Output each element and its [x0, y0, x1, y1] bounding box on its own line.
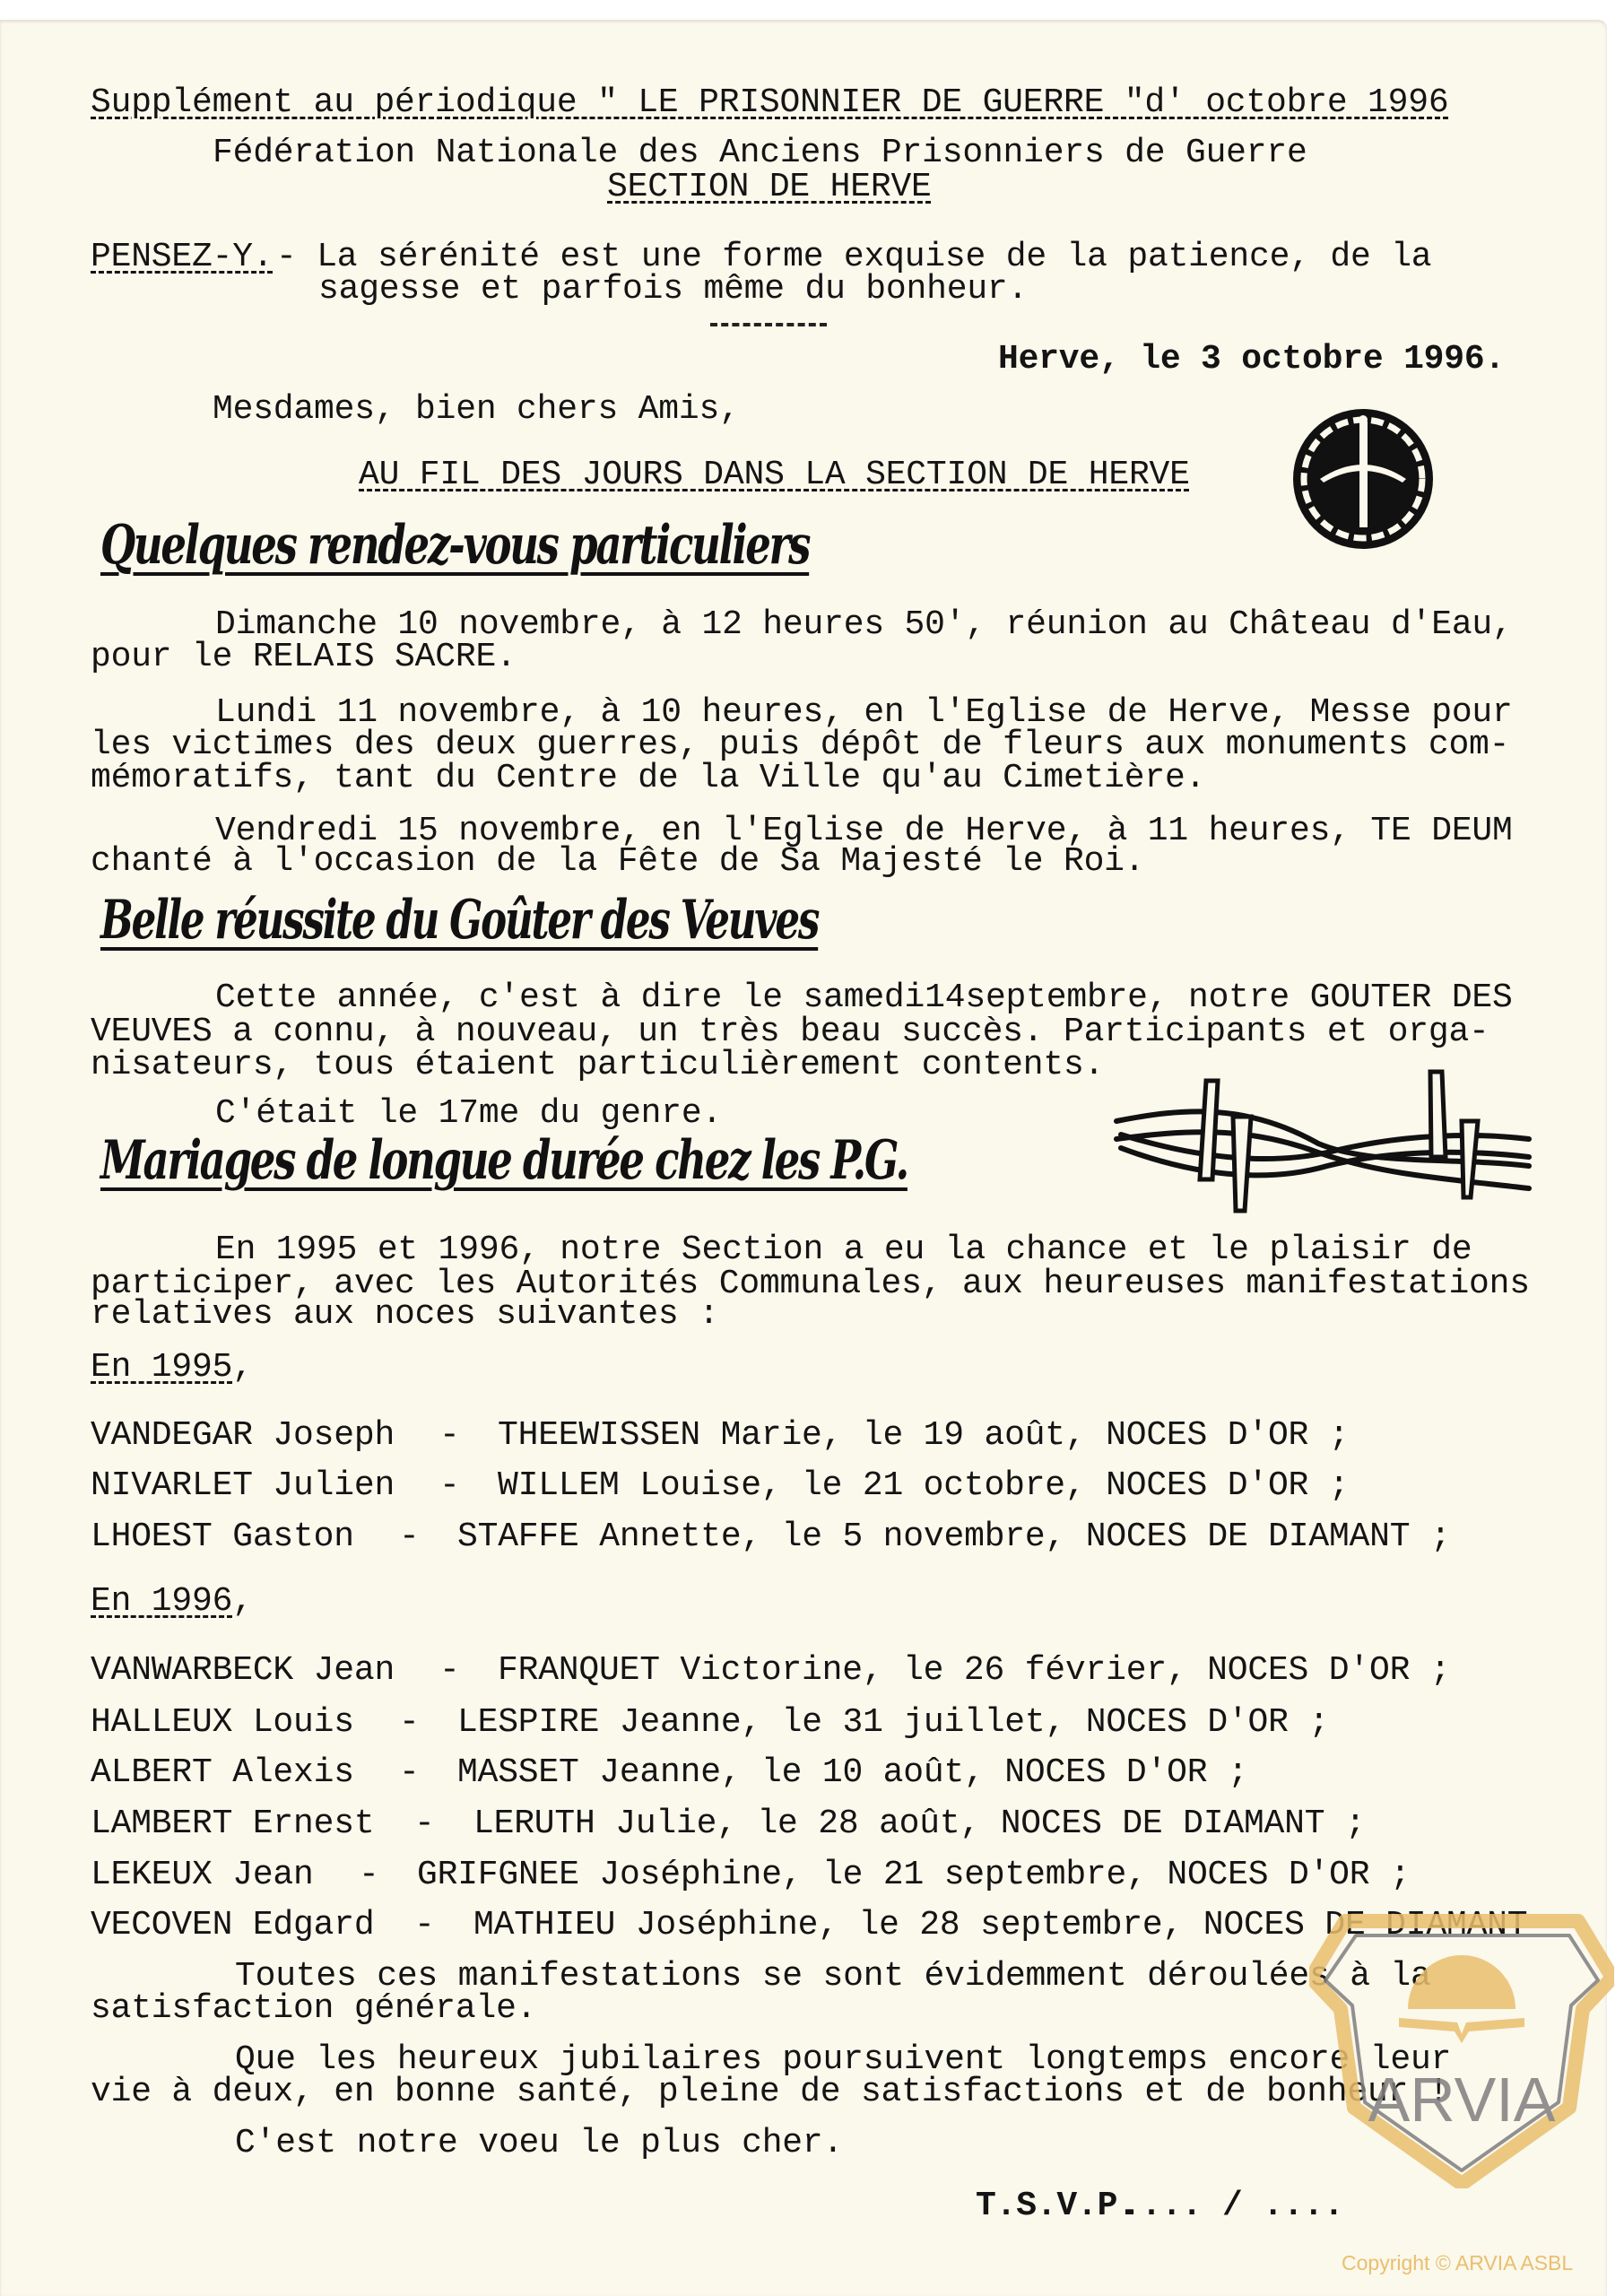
paragraph-line: Cette année, c'est à dire le samedi14sep…	[215, 981, 1513, 1015]
main-title: AU FIL DES JOURS DANS LA SECTION DE HERV…	[359, 458, 1190, 492]
wife-date-anniversary: WILLEM Louise, le 21 octobre, NOCES D'OR…	[498, 1469, 1349, 1503]
paragraph-line: C'est notre voeu le plus cher.	[235, 2126, 843, 2161]
husband-name: VANWARBECK Jean	[91, 1654, 395, 1688]
barbed-wire-icon	[1112, 1067, 1533, 1220]
husband-name: LAMBERT Ernest	[91, 1807, 374, 1841]
wife-date-anniversary: GRIFGNEE Joséphine, le 21 septembre, NOC…	[417, 1858, 1411, 1892]
year-label: En 1995	[91, 1348, 232, 1387]
arvia-shield-watermark-icon: ARVIA	[1309, 1910, 1614, 2188]
year-heading-1996: En 1996,	[91, 1585, 253, 1619]
husband-name: HALLEUX Louis	[91, 1706, 354, 1740]
couple-separator: -	[359, 1858, 379, 1892]
federation-name: Fédération Nationale des Anciens Prisonn…	[213, 136, 1307, 170]
paragraph-line: satisfaction générale.	[91, 1992, 536, 2026]
salutation: Mesdames, bien chers Amis,	[213, 393, 740, 427]
motto-label: PENSEZ-Y.	[91, 240, 273, 274]
paragraph-line: chanté à l'occasion de la Fête de Sa Maj…	[91, 845, 1144, 879]
chain-sword-emblem-icon	[1290, 405, 1437, 552]
section-name: SECTION DE HERVE	[607, 170, 932, 204]
husband-name: NIVARLET Julien	[91, 1469, 395, 1503]
paragraph-line: pour le RELAIS SACRE.	[91, 640, 517, 674]
heading-mariages: Mariages de longue durée chez les P.G.	[100, 1134, 908, 1187]
couple-separator: -	[399, 1706, 420, 1740]
couple-separator: -	[399, 1756, 420, 1790]
dateline: Herve, le 3 octobre 1996.	[998, 343, 1505, 377]
couple-separator: -	[414, 1909, 435, 1943]
husband-name: VANDEGAR Joseph	[91, 1419, 395, 1453]
husband-name: ALBERT Alexis	[91, 1756, 354, 1790]
paragraph-line: VEUVES a connu, à nouveau, un très beau …	[91, 1015, 1489, 1049]
page-continuation: .... / ....	[1121, 2189, 1344, 2223]
wife-date-anniversary: FRANQUET Victorine, le 26 février, NOCES…	[498, 1654, 1450, 1688]
year-suffix: ,	[232, 1348, 253, 1387]
couple-separator: -	[399, 1520, 420, 1554]
couple-separator: -	[439, 1469, 460, 1503]
motto-line-2: sagesse et parfois même du bonheur.	[318, 273, 1028, 307]
heading-rendezvous: Quelques rendez-vous particuliers	[100, 518, 809, 572]
heading-gouter: Belle réussite du Goûter des Veuves	[100, 893, 818, 947]
paragraph-line: En 1995 et 1996, notre Section a eu la c…	[215, 1233, 1472, 1267]
paragraph-line: C'était le 17me du genre.	[215, 1097, 722, 1131]
paragraph-line: les victimes des deux guerres, puis dépô…	[91, 728, 1509, 762]
couple-separator: -	[439, 1654, 460, 1688]
wife-date-anniversary: STAFFE Annette, le 5 novembre, NOCES DE …	[457, 1520, 1451, 1554]
paragraph-line: relatives aux noces suivantes :	[91, 1298, 719, 1332]
year-heading-1995: En 1995,	[91, 1351, 253, 1385]
paragraph-line: nisateurs, tous étaient particulièrement…	[91, 1048, 1104, 1083]
svg-text:ARVIA: ARVIA	[1368, 2065, 1556, 2135]
couple-separator: -	[414, 1807, 435, 1841]
husband-name: VECOVEN Edgard	[91, 1909, 374, 1943]
wife-date-anniversary: MASSET Jeanne, le 10 août, NOCES D'OR ;	[457, 1756, 1248, 1790]
tsvp-label: T.S.V.P.	[976, 2189, 1138, 2223]
paragraph-line: vie à deux, en bonne santé, pleine de sa…	[91, 2075, 1448, 2109]
year-suffix: ,	[232, 1582, 253, 1621]
couple-separator: -	[439, 1419, 460, 1453]
paragraph-line: mémoratifs, tant du Centre de la Ville q…	[91, 761, 1205, 796]
wife-date-anniversary: LERUTH Julie, le 28 août, NOCES DE DIAMA…	[473, 1807, 1366, 1841]
copyright-notice: Copyright © ARVIA ASBL	[1342, 2251, 1573, 2275]
supplement-line: Supplément au périodique " LE PRISONNIER…	[91, 86, 1448, 120]
separator	[710, 323, 827, 326]
year-label: En 1996	[91, 1582, 232, 1621]
wife-date-anniversary: LESPIRE Jeanne, le 31 juillet, NOCES D'O…	[457, 1706, 1329, 1740]
husband-name: LHOEST Gaston	[91, 1520, 354, 1554]
wife-date-anniversary: THEEWISSEN Marie, le 19 août, NOCES D'OR…	[498, 1419, 1349, 1453]
husband-name: LEKEUX Jean	[91, 1858, 314, 1892]
